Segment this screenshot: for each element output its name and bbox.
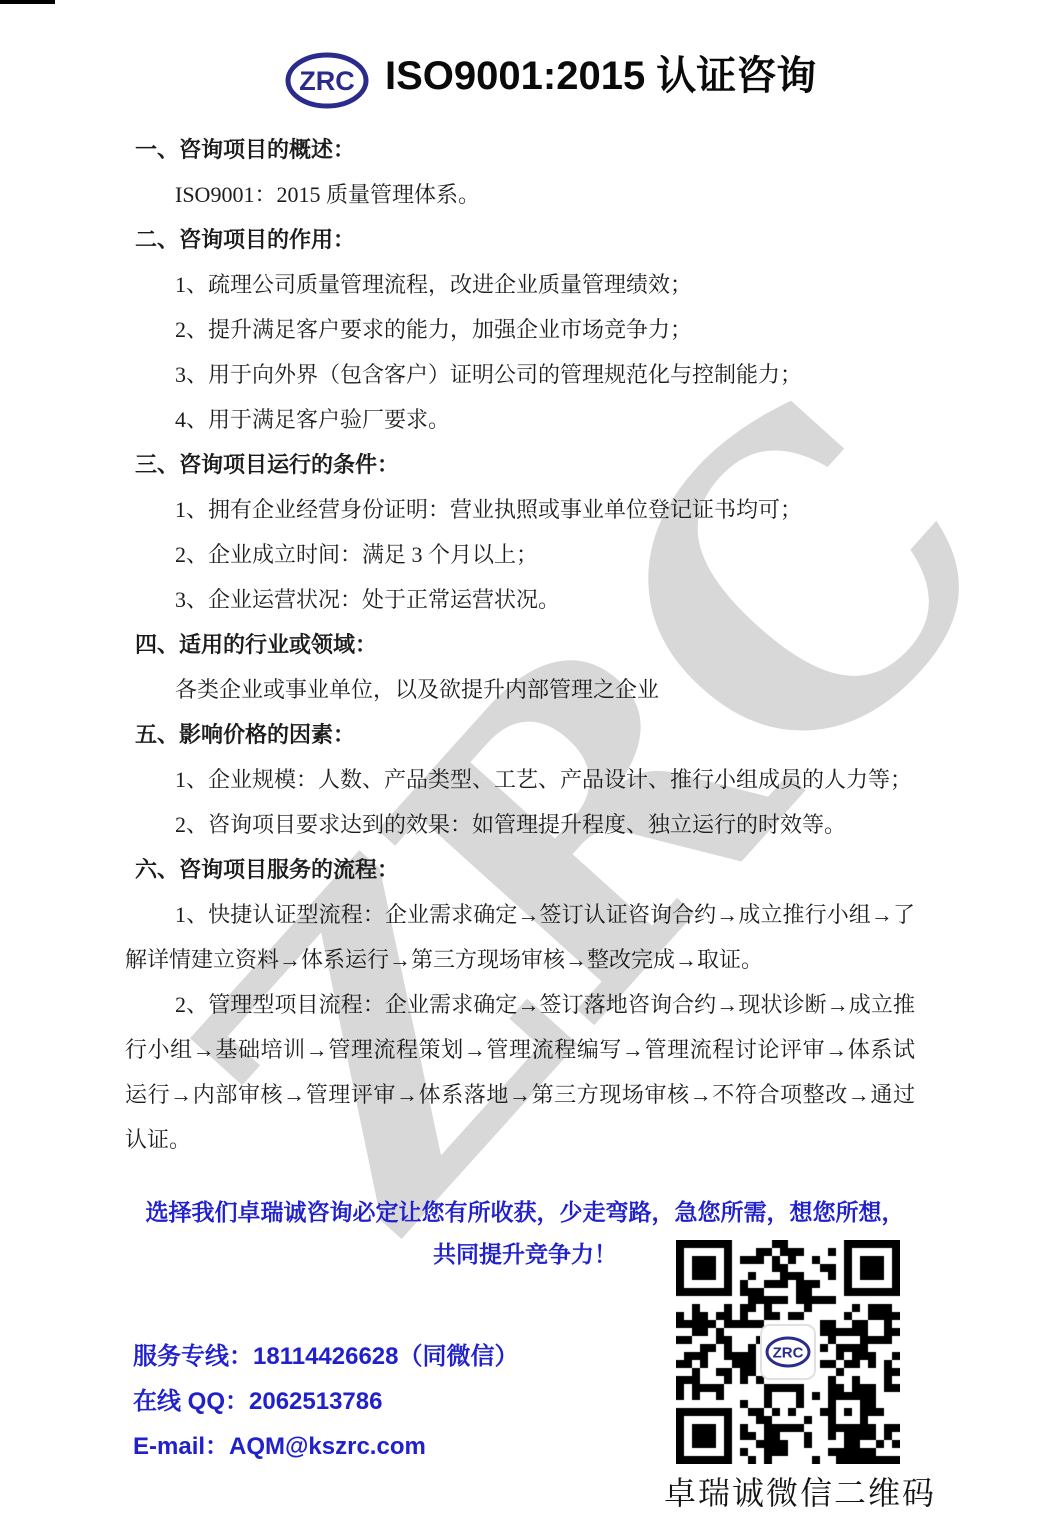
section-item: 2、提升满足客户要求的能力，加强企业市场竞争力；: [125, 307, 915, 352]
qr-logo-text: ZRC: [773, 1345, 804, 1362]
qr-caption: 卓瑞诚微信二维码: [655, 1468, 945, 1514]
section-item: 4、用于满足客户验厂要求。: [125, 397, 915, 442]
section-item: ISO9001：2015 质量管理体系。: [125, 172, 915, 217]
section-heading-3: 三、咨询项目运行的条件：: [135, 442, 915, 487]
section-heading-2: 二、咨询项目的作用：: [135, 217, 915, 262]
contact-hotline: 服务专线：18114426628（同微信）: [133, 1336, 519, 1377]
scan-artifact: [0, 0, 55, 4]
contact-email: E-mail：AQM@kszrc.com: [133, 1426, 519, 1467]
section-item: 2、企业成立时间：满足 3 个月以上；: [125, 532, 915, 577]
qr-logo-badge: ZRC: [760, 1324, 816, 1380]
section-item: 1、企业规模：人数、产品类型、工艺、产品设计、推行小组成员的人力等；: [125, 757, 915, 802]
section-heading-6: 六、咨询项目服务的流程：: [135, 847, 915, 892]
section-item: 1、疏理公司质量管理流程，改进企业质量管理绩效；: [125, 262, 915, 307]
contact-qq: 在线 QQ：2062513786: [133, 1381, 519, 1422]
document-body: 一、咨询项目的概述： ISO9001：2015 质量管理体系。 二、咨询项目的作…: [125, 127, 915, 1162]
section-item: 3、用于向外界（包含客户）证明公司的管理规范化与控制能力；: [125, 352, 915, 397]
section-heading-4: 四、适用的行业或领域：: [135, 622, 915, 667]
section-item: 1、拥有企业经营身份证明：营业执照或事业单位登记证书均可；: [125, 487, 915, 532]
zrc-logo-icon: ZRC: [285, 52, 369, 109]
section-item: 2、咨询项目要求达到的效果：如管理提升程度、独立运行的时效等。: [125, 802, 915, 847]
section-heading-5: 五、影响价格的因素：: [135, 712, 915, 757]
section-item: 1、快捷认证型流程：企业需求确定→签订认证咨询合约→成立推行小组→了解详情建立资…: [125, 892, 915, 982]
section-item: 2、管理型项目流程：企业需求确定→签订落地咨询合约→现状诊断→成立推行小组→基础…: [125, 982, 915, 1162]
section-item: 各类企业或事业单位，以及欲提升内部管理之企业: [125, 667, 915, 712]
section-item: 3、企业运营状况：处于正常运营状况。: [125, 577, 915, 622]
page-title: ISO9001:2015 认证咨询: [385, 53, 816, 99]
contact-info: 服务专线：18114426628（同微信） 在线 QQ：2062513786 E…: [133, 1336, 519, 1471]
promo-line-1: 选择我们卓瑞诚咨询必定让您有所收获，少走弯路，急您所需，想您所想，: [125, 1192, 925, 1234]
section-heading-1: 一、咨询项目的概述：: [135, 127, 915, 172]
zrc-logo-text: ZRC: [299, 66, 355, 96]
wechat-qr-code: ZRC: [676, 1240, 900, 1464]
document-page: ZRC ZRC ISO9001:2015 认证咨询 一、咨询项目的概述： ISO…: [0, 0, 1050, 1532]
